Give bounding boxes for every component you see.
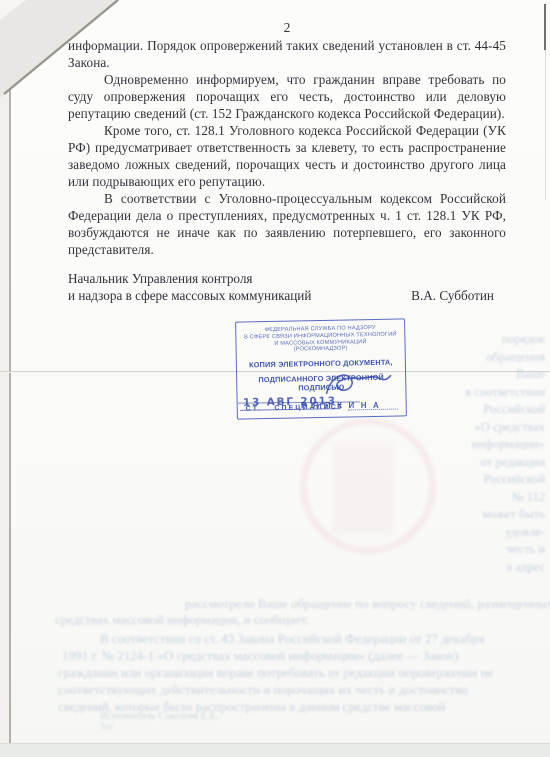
ghost-line: Тел. [100,722,218,731]
signer-title-line: Начальник Управления контроля [68,270,311,287]
page-right-edge-line [544,4,546,50]
ghost-line: порядок [408,331,545,349]
stamp-specialist-surname: РЯПКИНА [301,401,385,410]
scanned-letter-page: порядок обращения Ваше в соответствии Ро… [0,0,550,757]
verso-stamp-ghost [332,442,394,534]
ghost-line: удовле- [408,524,545,542]
ghost-line: Российской [408,401,545,419]
ghost-line: гражданин или организация вправе потребо… [58,665,493,681]
ghost-line: 1991 г. № 2124-1 «О средствах массовой и… [62,648,458,664]
paragraph: Кроме того, ст. 128.1 Уголовного кодекса… [68,122,506,190]
scan-bottom-strip [0,743,550,757]
ghost-line: рассмотрело Ваше обращение по вопросу св… [185,596,550,612]
ghost-line: Исполнитель Соколова Е.Б. [100,711,218,722]
page-left-edge-line [9,62,11,757]
ghost-executor-line: Исполнитель Соколова Е.Б. Тел. [100,711,218,731]
signer-name: В.А. Субботин [411,287,506,304]
letter-body: информации. Порядок опровержений таких с… [68,37,506,258]
signature-block: Начальник Управления контроля и надзора … [68,270,506,304]
paragraph: информации. Порядок опровержений таких с… [68,37,506,71]
ghost-line: в соответствии [408,384,545,402]
ghost-line: соответствующих действительности и пороч… [58,682,468,698]
ghost-line: в адрес [408,559,545,577]
signer-title-line: и надзора в сфере массовых коммуникаций [68,287,311,304]
page-number: 2 [68,20,506,36]
scan-left-margin [0,0,9,757]
ghost-line: информации» [408,436,545,454]
bleed-through-right-column: порядок обращения Ваше в соответствии Ро… [408,331,545,576]
signer-title: Начальник Управления контроля и надзора … [68,270,311,304]
page-right-edge-faint [545,50,546,200]
ghost-line: обращения [408,349,545,367]
ghost-line: Ваше [408,366,545,384]
ghost-line: «О средствах [408,419,545,437]
ghost-line: В соответствии со ст. 43 Закона Российск… [100,631,485,647]
paragraph: В соответствии с Уголовно-процессуальным… [68,190,506,258]
paragraph: Одновременно информируем, что гражданин … [68,71,506,122]
ghost-line: средствах массовой информации, и сообщае… [55,612,309,628]
ghost-line: честь и [408,541,545,559]
